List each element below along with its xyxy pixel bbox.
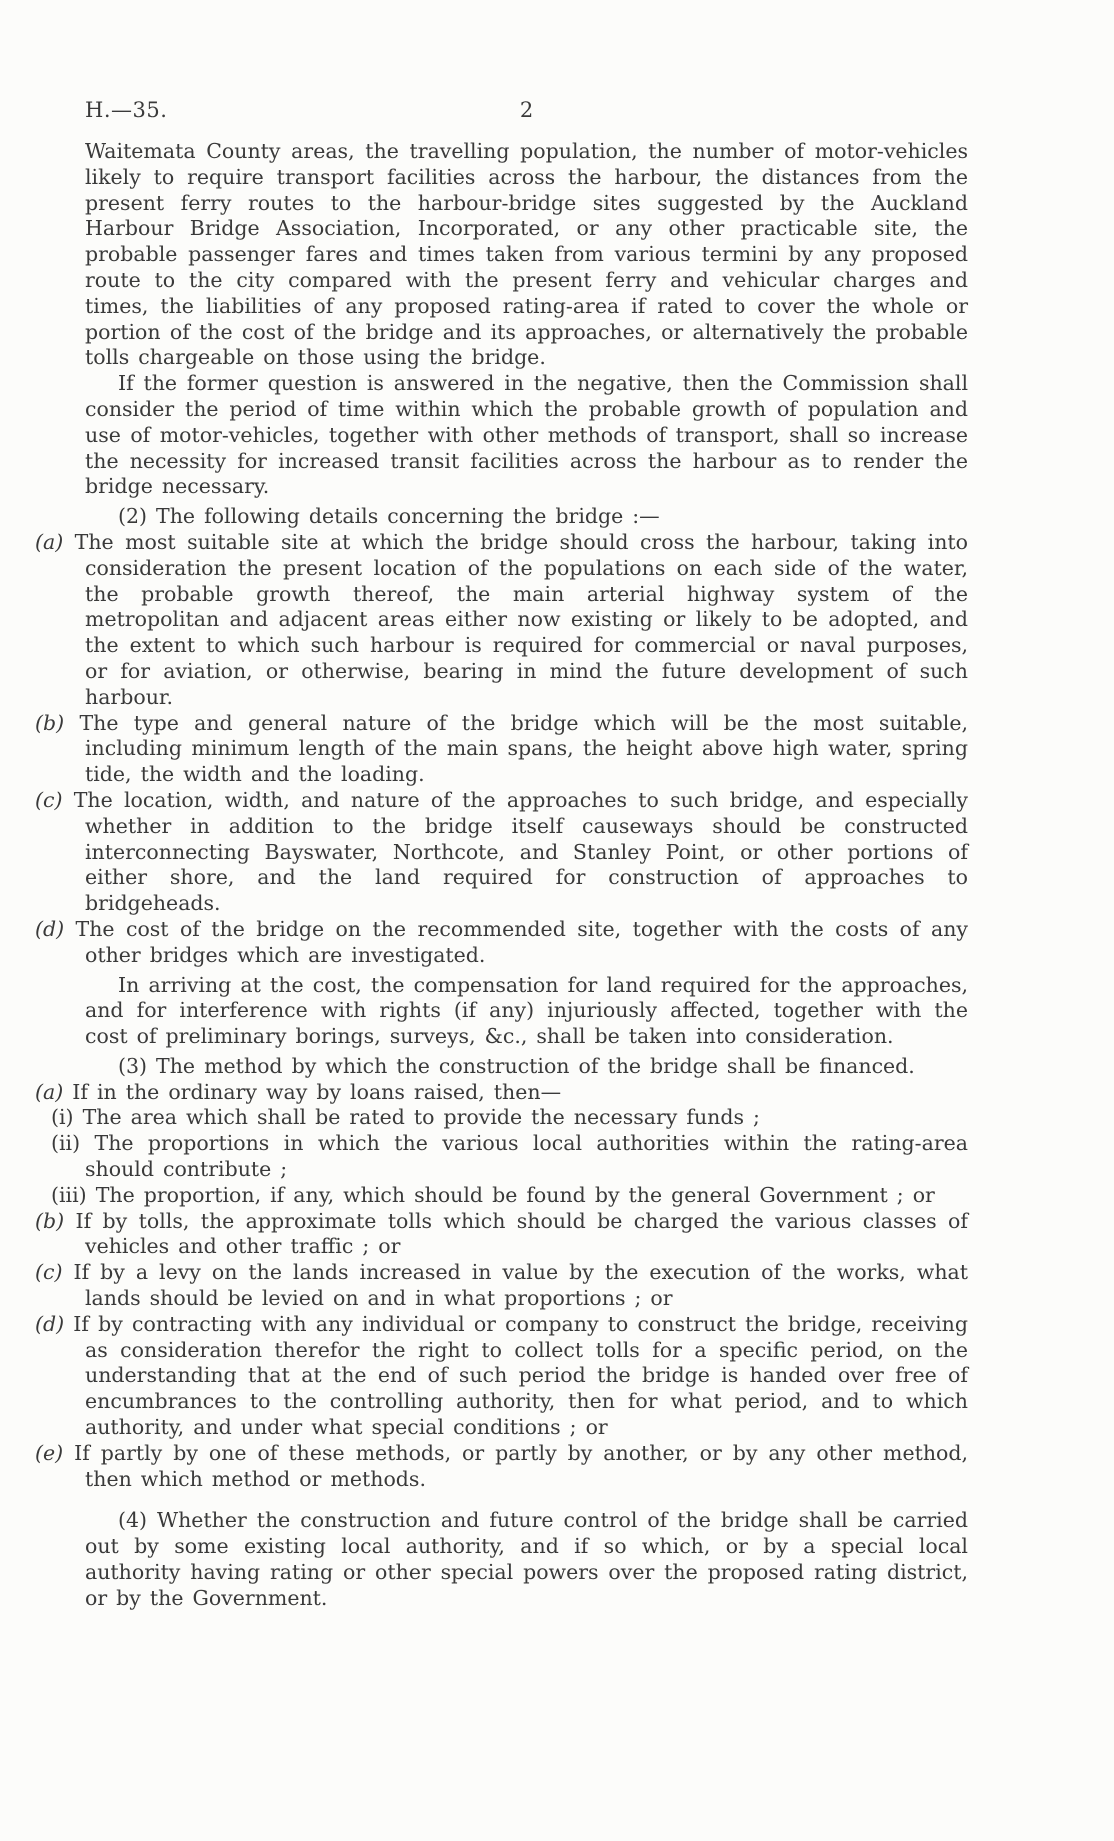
clause-text: If by tolls, the approximate tolls which… xyxy=(76,1209,968,1259)
page-header: H.—35. 2 xyxy=(85,98,968,128)
clause-text: If in the ordinary way by loans raised, … xyxy=(72,1080,561,1104)
clause-marker: (d) xyxy=(35,1312,64,1336)
clause-marker: (b) xyxy=(35,711,64,735)
clause-marker: (e) xyxy=(35,1441,63,1465)
clause-text: The proportion, if any, which should be … xyxy=(96,1183,935,1207)
clause-text: The location, width, and nature of the a… xyxy=(74,788,968,915)
clause-marker: (a) xyxy=(35,530,63,554)
clause-2-item-d: (d) The cost of the bridge on the recomm… xyxy=(85,917,968,969)
clause-2-item-a: (a) The most suitable site at which the … xyxy=(85,530,968,711)
clause-text: If partly by one of these methods, or pa… xyxy=(74,1441,968,1491)
clause-text: The type and general nature of the bridg… xyxy=(79,711,968,787)
clause-marker: (i) xyxy=(51,1105,74,1129)
paragraph-continuation: Waitemata County areas, the travelling p… xyxy=(85,139,968,371)
clause-text: If by a levy on the lands increased in v… xyxy=(73,1260,968,1310)
clause-2-intro: (2) The following details concerning the… xyxy=(85,504,968,530)
clause-marker: (c) xyxy=(35,1260,62,1284)
clause-text: If by contracting with any individual or… xyxy=(73,1312,968,1439)
clause-3a-item-i: (i) The area which shall be rated to pro… xyxy=(85,1105,968,1131)
clause-2-item-b: (b) The type and general nature of the b… xyxy=(85,711,968,788)
clause-4-paragraph: (4) Whether the construction and future … xyxy=(85,1508,968,1611)
text-block: Waitemata County areas, the travelling p… xyxy=(85,139,968,1612)
clause-3-item-b: (b) If by tolls, the approximate tolls w… xyxy=(85,1209,968,1261)
clause-2-item-c: (c) The location, width, and nature of t… xyxy=(85,788,968,917)
document-page: H.—35. 2 Waitemata County areas, the tra… xyxy=(0,0,1114,1841)
clause-3a-item-iii: (iii) The proportion, if any, which shou… xyxy=(85,1183,968,1209)
clause-marker: (c) xyxy=(35,788,62,812)
clause-3-item-d: (d) If by contracting with any individua… xyxy=(85,1312,968,1441)
clause-3-item-a: (a) If in the ordinary way by loans rais… xyxy=(85,1080,968,1106)
paragraph-negative-case: If the former question is answered in th… xyxy=(85,371,968,500)
paragraph-cost: In arriving at the cost, the compensatio… xyxy=(85,973,968,1050)
clause-3-item-e: (e) If partly by one of these methods, o… xyxy=(85,1441,968,1493)
page-number: 2 xyxy=(85,98,968,122)
clause-text: The most suitable site at which the brid… xyxy=(75,530,968,709)
clause-marker: (b) xyxy=(35,1209,64,1233)
clause-3a-item-ii: (ii) The proportions in which the variou… xyxy=(85,1131,968,1183)
clause-marker: (d) xyxy=(35,917,64,941)
clause-marker: (ii) xyxy=(51,1131,80,1155)
clause-marker: (iii) xyxy=(51,1183,87,1207)
clause-text: The proportions in which the various loc… xyxy=(85,1131,968,1181)
clause-text: The area which shall be rated to provide… xyxy=(83,1105,760,1129)
clause-text: The cost of the bridge on the recommende… xyxy=(76,917,968,967)
clause-3-item-c: (c) If by a levy on the lands increased … xyxy=(85,1260,968,1312)
clause-3-intro: (3) The method by which the construction… xyxy=(85,1054,968,1080)
clause-marker: (a) xyxy=(35,1080,63,1104)
